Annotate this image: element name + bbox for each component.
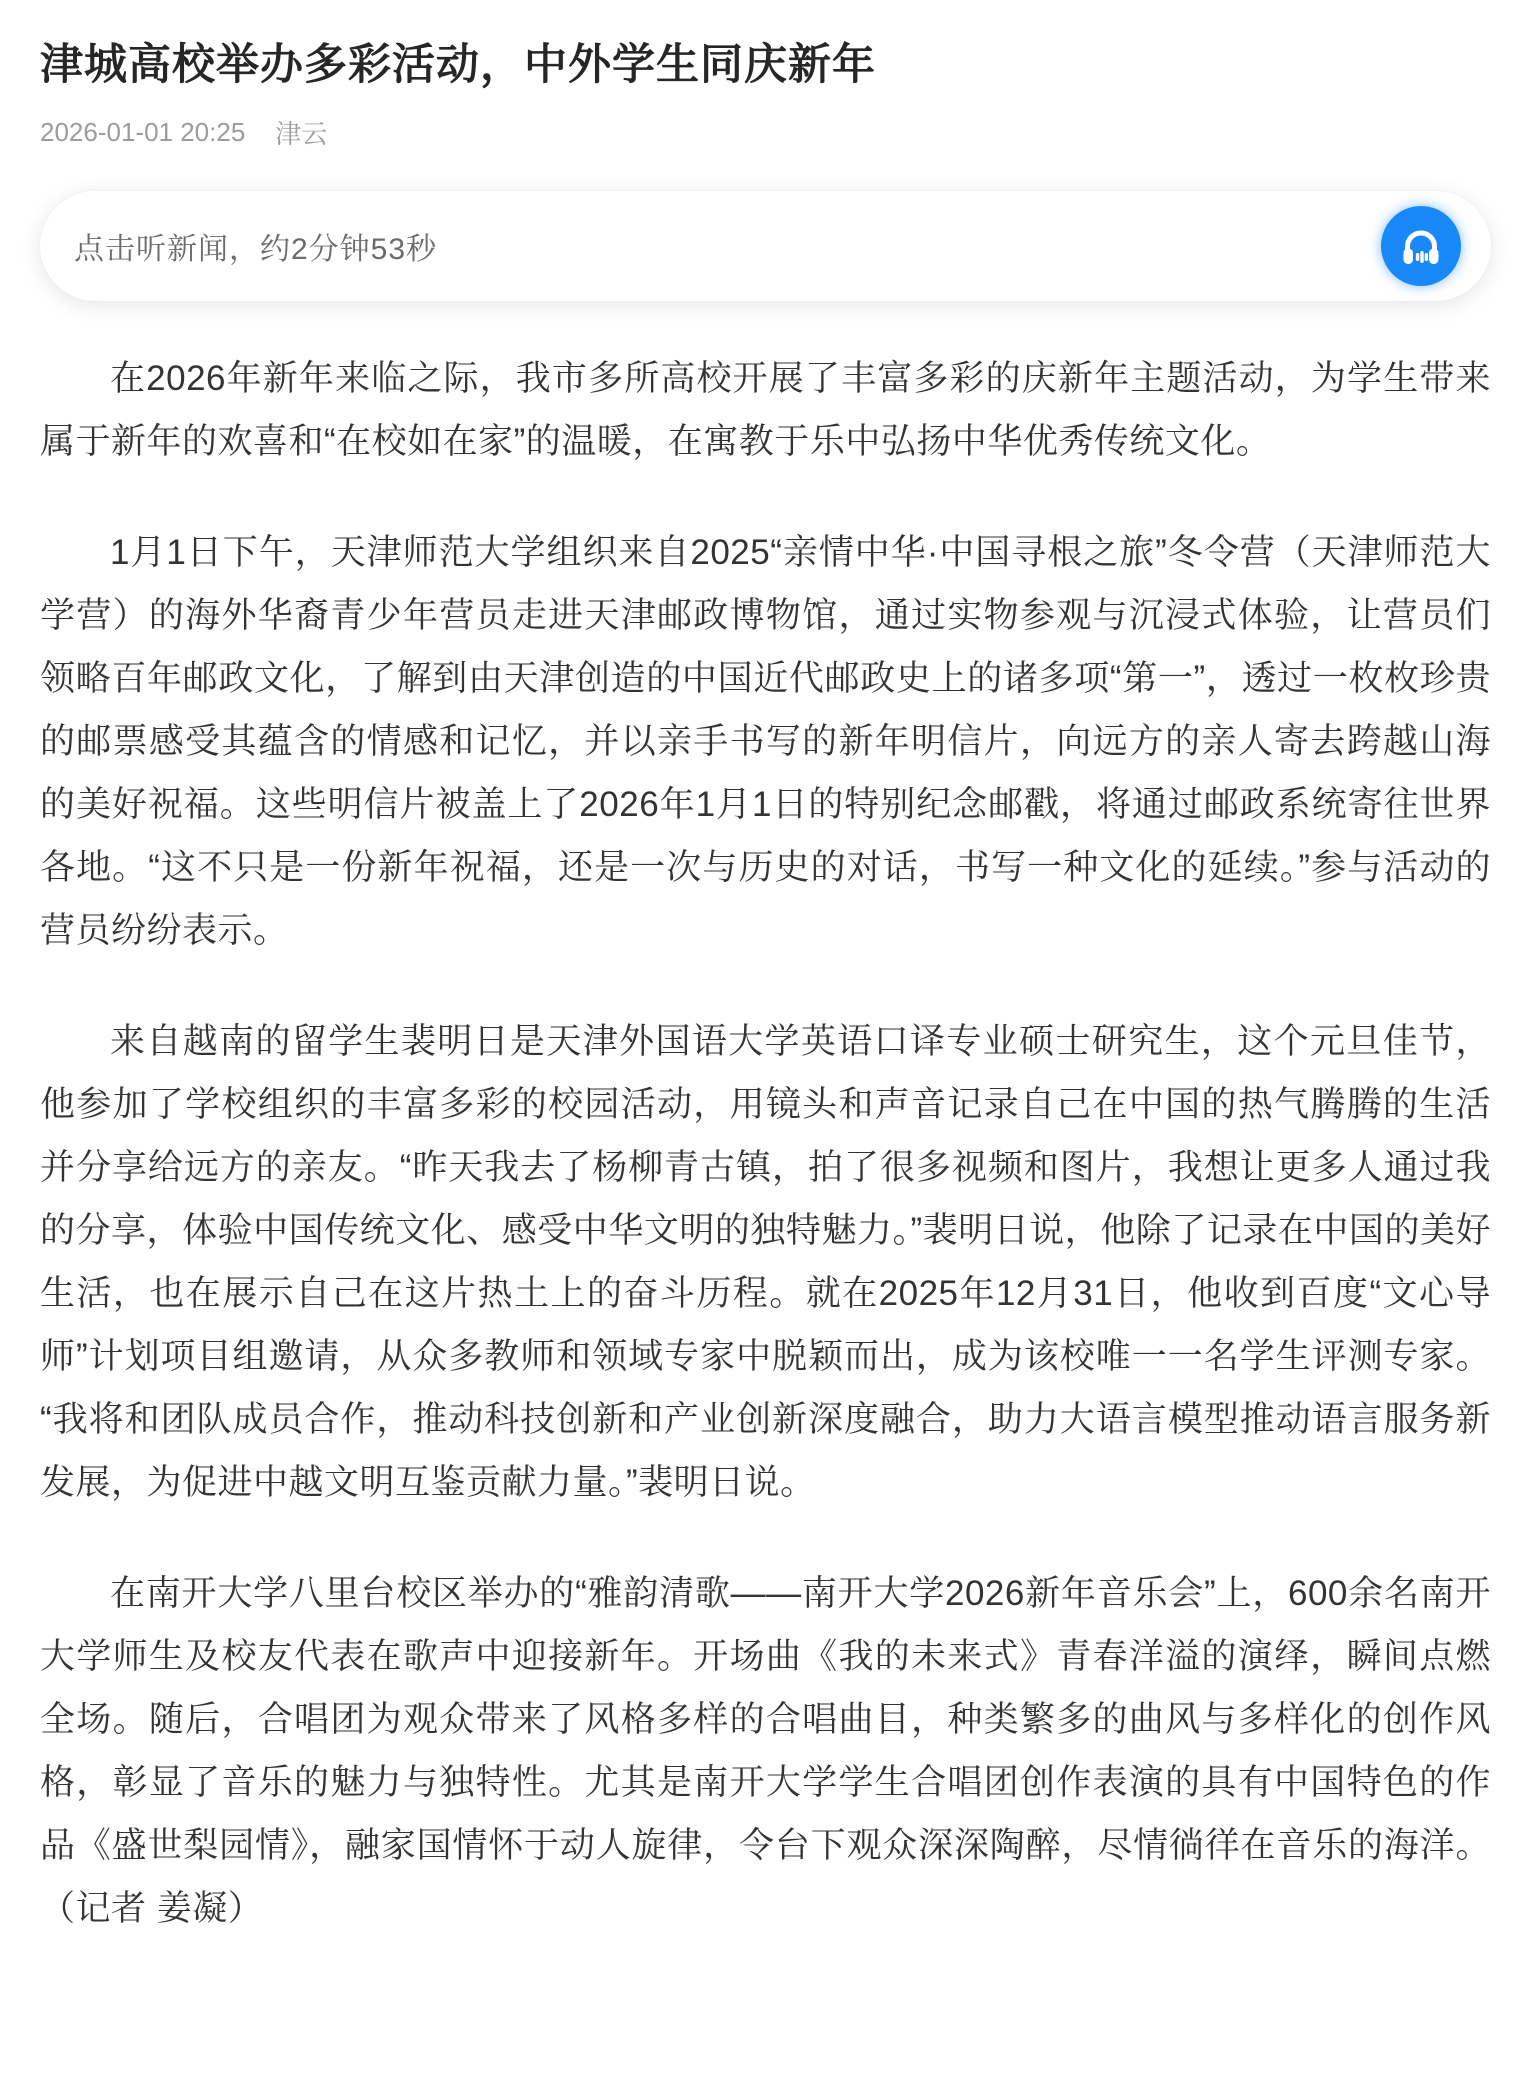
article-page: 津城高校举办多彩活动，中外学生同庆新年 2026-01-01 20:25 津云 …	[0, 38, 1531, 1970]
listen-news-label: 点击听新闻，约2分钟53秒	[74, 224, 437, 268]
headphones-icon	[1397, 222, 1445, 270]
article-title: 津城高校举办多彩活动，中外学生同庆新年	[40, 38, 1491, 94]
paragraph-2: 1月1日下午，天津师范大学组织来自2025“亲情中华·中国寻根之旅”冬令营（天津…	[40, 521, 1491, 962]
publish-date: 2026-01-01 20:25	[40, 117, 245, 148]
source-name: 津云	[275, 114, 327, 151]
paragraph-3: 来自越南的留学生裴明日是天津外国语大学英语口译专业硕士研究生，这个元旦佳节，他参…	[40, 1010, 1491, 1514]
article-body: 在2026年新年来临之际，我市多所高校开展了丰富多彩的庆新年主题活动，为学生带来…	[40, 347, 1491, 1940]
article-meta: 2026-01-01 20:25 津云	[40, 114, 1491, 151]
listen-news-bar[interactable]: 点击听新闻，约2分钟53秒	[40, 191, 1491, 301]
play-audio-button[interactable]	[1381, 206, 1461, 286]
paragraph-1: 在2026年新年来临之际，我市多所高校开展了丰富多彩的庆新年主题活动，为学生带来…	[40, 347, 1491, 473]
paragraph-4: 在南开大学八里台校区举办的“雅韵清歌——南开大学2026新年音乐会”上，600余…	[40, 1562, 1491, 1940]
